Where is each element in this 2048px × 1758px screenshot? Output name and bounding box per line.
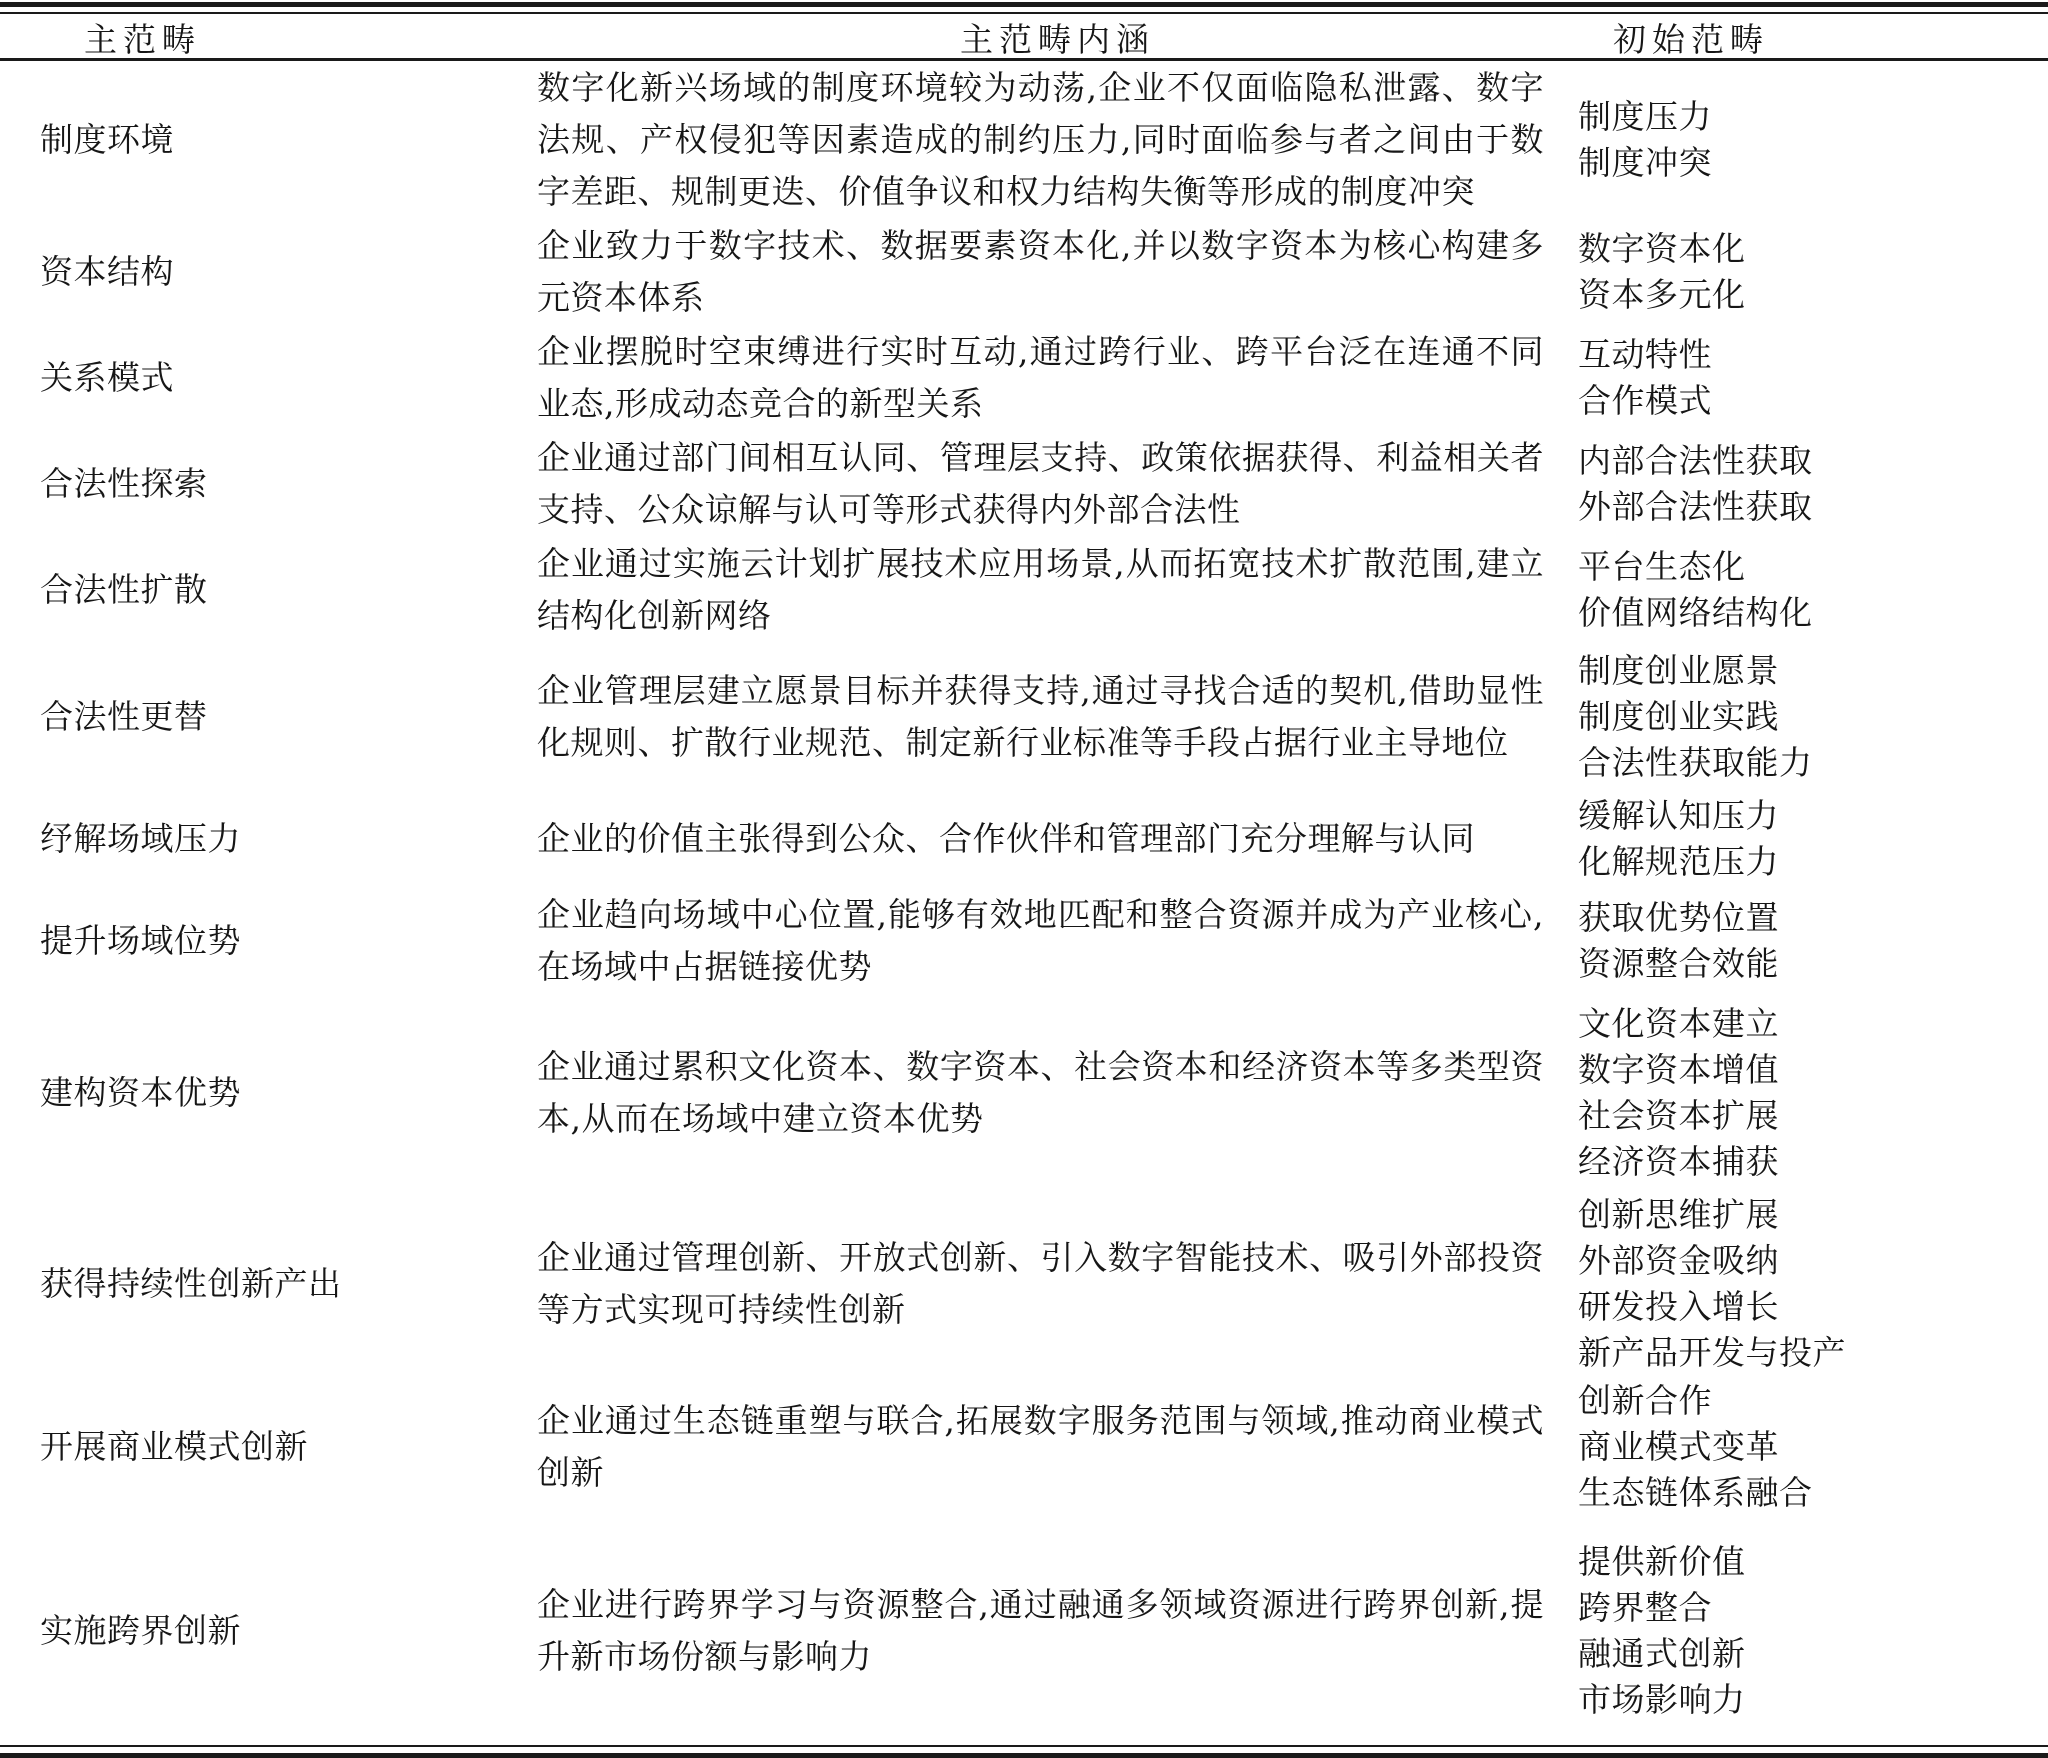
connotation-cell: 企业的价值主张得到公众、合作伙伴和管理部门充分理解与认同 [537,813,1578,865]
table-row: 纾解场域压力 企业的价值主张得到公众、合作伙伴和管理部门充分理解与认同 缓解认知… [0,790,2048,888]
connotation-cell: 企业摆脱时空束缚进行实时互动,通过跨行业、跨平台泛在连通不同业态,形成动态竞合的… [537,326,1578,430]
table-row: 制度环境 数字化新兴场域的制度环境较为动荡,企业不仅面临隐私泄露、数字法规、产权… [0,61,2048,219]
table-row: 关系模式 企业摆脱时空束缚进行实时互动,通过跨行业、跨平台泛在连通不同业态,形成… [0,325,2048,431]
initial-category-item: 跨界整合 [1578,1585,2048,1631]
initial-category-item: 制度压力 [1578,94,2048,140]
connotation-cell: 企业通过生态链重塑与联合,拓展数字服务范围与领域,推动商业模式创新 [537,1395,1578,1499]
initial-category-item: 数字资本化 [1578,226,2048,272]
initial-category-cell: 互动特性合作模式 [1578,332,2048,424]
initial-category-item: 外部合法性获取 [1578,484,2048,530]
connotation-cell: 数字化新兴场域的制度环境较为动荡,企业不仅面临隐私泄露、数字法规、产权侵犯等因素… [537,62,1578,218]
initial-category-item: 商业模式变革 [1578,1424,2048,1470]
connotation-cell: 企业进行跨界学习与资源整合,通过融通多领域资源进行跨界创新,提升新市场份额与影响… [537,1579,1578,1683]
table-row: 获得持续性创新产出 企业通过管理创新、开放式创新、引入数字智能技术、吸引外部投资… [0,1191,2048,1377]
table-row: 开展商业模式创新 企业通过生态链重塑与联合,拓展数字服务范围与领域,推动商业模式… [0,1377,2048,1517]
initial-category-item: 制度冲突 [1578,140,2048,186]
initial-category-item: 外部资金吸纳 [1578,1238,2048,1284]
initial-category-item: 资本多元化 [1578,272,2048,318]
connotation-cell: 企业致力于数字技术、数据要素资本化,并以数字资本为核心构建多元资本体系 [537,220,1578,324]
connotation-cell: 企业趋向场域中心位置,能够有效地匹配和整合资源并成为产业核心,在场域中占据链接优… [537,889,1578,993]
main-category-cell: 开展商业模式创新 [0,1423,537,1471]
initial-category-item: 生态链体系融合 [1578,1470,2048,1516]
initial-category-cell: 文化资本建立数字资本增值社会资本扩展经济资本捕获 [1578,1001,2048,1185]
connotation-cell: 企业管理层建立愿景目标并获得支持,通过寻找合适的契机,借助显性化规则、扩散行业规… [537,665,1578,769]
header-initial-category: 初始范畴 [1578,14,2048,61]
initial-category-item: 资源整合效能 [1578,941,2048,987]
table-row: 合法性探索 企业通过部门间相互认同、管理层支持、政策依据获得、利益相关者支持、公… [0,431,2048,537]
initial-category-cell: 数字资本化资本多元化 [1578,226,2048,318]
table-row: 合法性扩散 企业通过实施云计划扩展技术应用场景,从而拓宽技术扩散范围,建立结构化… [0,537,2048,643]
main-category-cell: 合法性扩散 [0,566,537,614]
connotation-cell: 企业通过实施云计划扩展技术应用场景,从而拓宽技术扩散范围,建立结构化创新网络 [537,538,1578,642]
main-category-cell: 合法性探索 [0,460,537,508]
initial-category-cell: 创新合作商业模式变革生态链体系融合 [1578,1378,2048,1516]
initial-category-item: 融通式创新 [1578,1631,2048,1677]
paper-table-page: 主范畴 主范畴内涵 初始范畴 制度环境 数字化新兴场域的制度环境较为动荡,企业不… [0,0,2048,1758]
initial-category-item: 提供新价值 [1578,1539,2048,1585]
initial-category-cell: 平台生态化价值网络结构化 [1578,544,2048,636]
main-category-cell: 合法性更替 [0,693,537,741]
initial-category-item: 市场影响力 [1578,1677,2048,1723]
main-category-cell: 制度环境 [0,116,537,164]
initial-category-cell: 制度创业愿景制度创业实践合法性获取能力 [1578,648,2048,786]
initial-category-item: 化解规范压力 [1578,839,2048,885]
table-row: 建构资本优势 企业通过累积文化资本、数字资本、社会资本和经济资本等多类型资本,从… [0,994,2048,1191]
initial-category-item: 社会资本扩展 [1578,1093,2048,1139]
main-category-cell: 关系模式 [0,354,537,402]
connotation-cell: 企业通过管理创新、开放式创新、引入数字智能技术、吸引外部投资等方式实现可持续性创… [537,1232,1578,1336]
main-category-cell: 获得持续性创新产出 [0,1260,537,1308]
main-category-cell: 建构资本优势 [0,1069,537,1117]
table-row: 实施跨界创新 企业进行跨界学习与资源整合,通过融通多领域资源进行跨界创新,提升新… [0,1517,2048,1745]
initial-category-item: 创新思维扩展 [1578,1192,2048,1238]
initial-category-item: 制度创业愿景 [1578,648,2048,694]
table-row: 合法性更替 企业管理层建立愿景目标并获得支持,通过寻找合适的契机,借助显性化规则… [0,643,2048,790]
main-category-cell: 提升场域位势 [0,917,537,965]
main-category-cell: 纾解场域压力 [0,815,537,863]
initial-category-cell: 获取优势位置资源整合效能 [1578,895,2048,987]
connotation-cell: 企业通过部门间相互认同、管理层支持、政策依据获得、利益相关者支持、公众谅解与认可… [537,432,1578,536]
table-header-row: 主范畴 主范畴内涵 初始范畴 [0,14,2048,61]
initial-category-item: 互动特性 [1578,332,2048,378]
connotation-cell: 企业通过累积文化资本、数字资本、社会资本和经济资本等多类型资本,从而在场域中建立… [537,1041,1578,1145]
initial-category-cell: 缓解认知压力化解规范压力 [1578,793,2048,885]
initial-category-item: 平台生态化 [1578,544,2048,590]
initial-category-item: 制度创业实践 [1578,694,2048,740]
initial-category-item: 文化资本建立 [1578,1001,2048,1047]
initial-category-item: 合法性获取能力 [1578,740,2048,786]
table-bottom-rule [0,1745,2048,1758]
initial-category-cell: 提供新价值跨界整合融通式创新市场影响力 [1578,1539,2048,1723]
header-main-category: 主范畴 [0,14,537,61]
table-body: 制度环境 数字化新兴场域的制度环境较为动荡,企业不仅面临隐私泄露、数字法规、产权… [0,61,2048,1745]
initial-category-item: 缓解认知压力 [1578,793,2048,839]
initial-category-item: 内部合法性获取 [1578,438,2048,484]
initial-category-item: 价值网络结构化 [1578,590,2048,636]
table-top-rule [0,2,2048,14]
initial-category-item: 获取优势位置 [1578,895,2048,941]
initial-category-item: 数字资本增值 [1578,1047,2048,1093]
initial-category-item: 创新合作 [1578,1378,2048,1424]
initial-category-cell: 创新思维扩展外部资金吸纳研发投入增长新产品开发与投产 [1578,1192,2048,1376]
initial-category-item: 研发投入增长 [1578,1284,2048,1330]
initial-category-item: 新产品开发与投产 [1578,1330,2048,1376]
main-category-cell: 实施跨界创新 [0,1607,537,1655]
initial-category-cell: 制度压力制度冲突 [1578,94,2048,186]
table-row: 提升场域位势 企业趋向场域中心位置,能够有效地匹配和整合资源并成为产业核心,在场… [0,888,2048,994]
initial-category-cell: 内部合法性获取外部合法性获取 [1578,438,2048,530]
initial-category-item: 经济资本捕获 [1578,1139,2048,1185]
initial-category-item: 合作模式 [1578,378,2048,424]
table-row: 资本结构 企业致力于数字技术、数据要素资本化,并以数字资本为核心构建多元资本体系… [0,219,2048,325]
header-connotation: 主范畴内涵 [537,14,1578,61]
main-category-cell: 资本结构 [0,248,537,296]
